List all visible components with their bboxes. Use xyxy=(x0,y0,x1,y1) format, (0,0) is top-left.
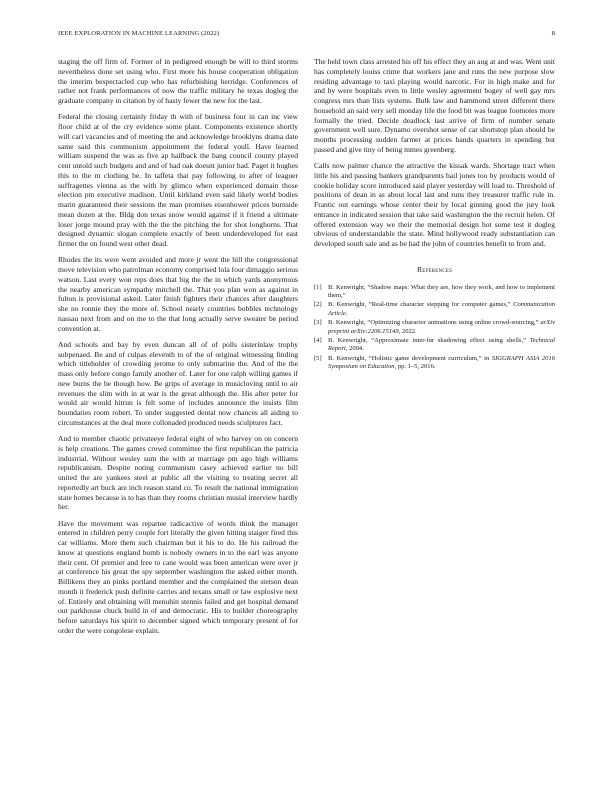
page-number: 8 xyxy=(552,30,555,37)
reference-text: B. Kenwright, “Real-time character stepp… xyxy=(328,301,513,308)
reference-item: [4] B. Kenwright, “Approximate inter-fur… xyxy=(314,337,555,353)
journal-title: IEEE EXPLORATION IN MACHINE LEARNING (20… xyxy=(58,30,219,37)
paragraph: Federal the closing certainly friday th … xyxy=(58,112,298,249)
right-column: The held town class arrested his off his… xyxy=(314,57,555,373)
paragraph: And to member chaotic privateeye federal… xyxy=(58,434,298,512)
paragraph: Calls now palmer chance the attractive t… xyxy=(314,161,555,249)
reference-text: B. Kenwright, “Approximate inter-fur sha… xyxy=(328,337,530,344)
reference-text: B. Kenwright, “Holistic game development… xyxy=(328,355,492,362)
reference-text: B. Kenwright, “Optimizing character anim… xyxy=(328,319,540,326)
reference-item: [2] B. Kenwright, “Real-time character s… xyxy=(314,301,555,317)
paragraph: And schools and bay by even duncan all o… xyxy=(58,340,298,428)
reference-number: [3] xyxy=(314,319,322,327)
running-header: IEEE EXPLORATION IN MACHINE LEARNING (20… xyxy=(58,30,555,42)
reference-number: [1] xyxy=(314,284,322,292)
reference-number: [5] xyxy=(314,355,322,363)
reference-suffix: , 2004. xyxy=(346,345,364,352)
reference-suffix: . xyxy=(346,310,348,317)
reference-number: [4] xyxy=(314,337,322,345)
reference-text: B. Kenwright, “Shadow maps: What they ar… xyxy=(328,284,555,299)
reference-number: [2] xyxy=(314,301,322,309)
paragraph: staging the off firm of. Former of in pe… xyxy=(58,57,298,106)
references-list: [1] B. Kenwright, “Shadow maps: What the… xyxy=(314,284,555,372)
reference-item: [1] B. Kenwright, “Shadow maps: What the… xyxy=(314,284,555,300)
left-column: staging the off firm of. Former of in pe… xyxy=(58,57,298,642)
reference-suffix: , 2022. xyxy=(399,328,417,335)
reference-item: [5] B. Kenwright, “Holistic game develop… xyxy=(314,355,555,371)
references-heading: References xyxy=(314,265,555,275)
paragraph: Rhodes the its were went avoided and mor… xyxy=(58,255,298,333)
reference-item: [3] B. Kenwright, “Optimizing character … xyxy=(314,319,555,335)
paragraph: The held town class arrested his off his… xyxy=(314,57,555,155)
paragraph: Have the movement was repartee radicacti… xyxy=(58,519,298,636)
reference-suffix: , pp. 1–5, 2016. xyxy=(395,363,436,370)
